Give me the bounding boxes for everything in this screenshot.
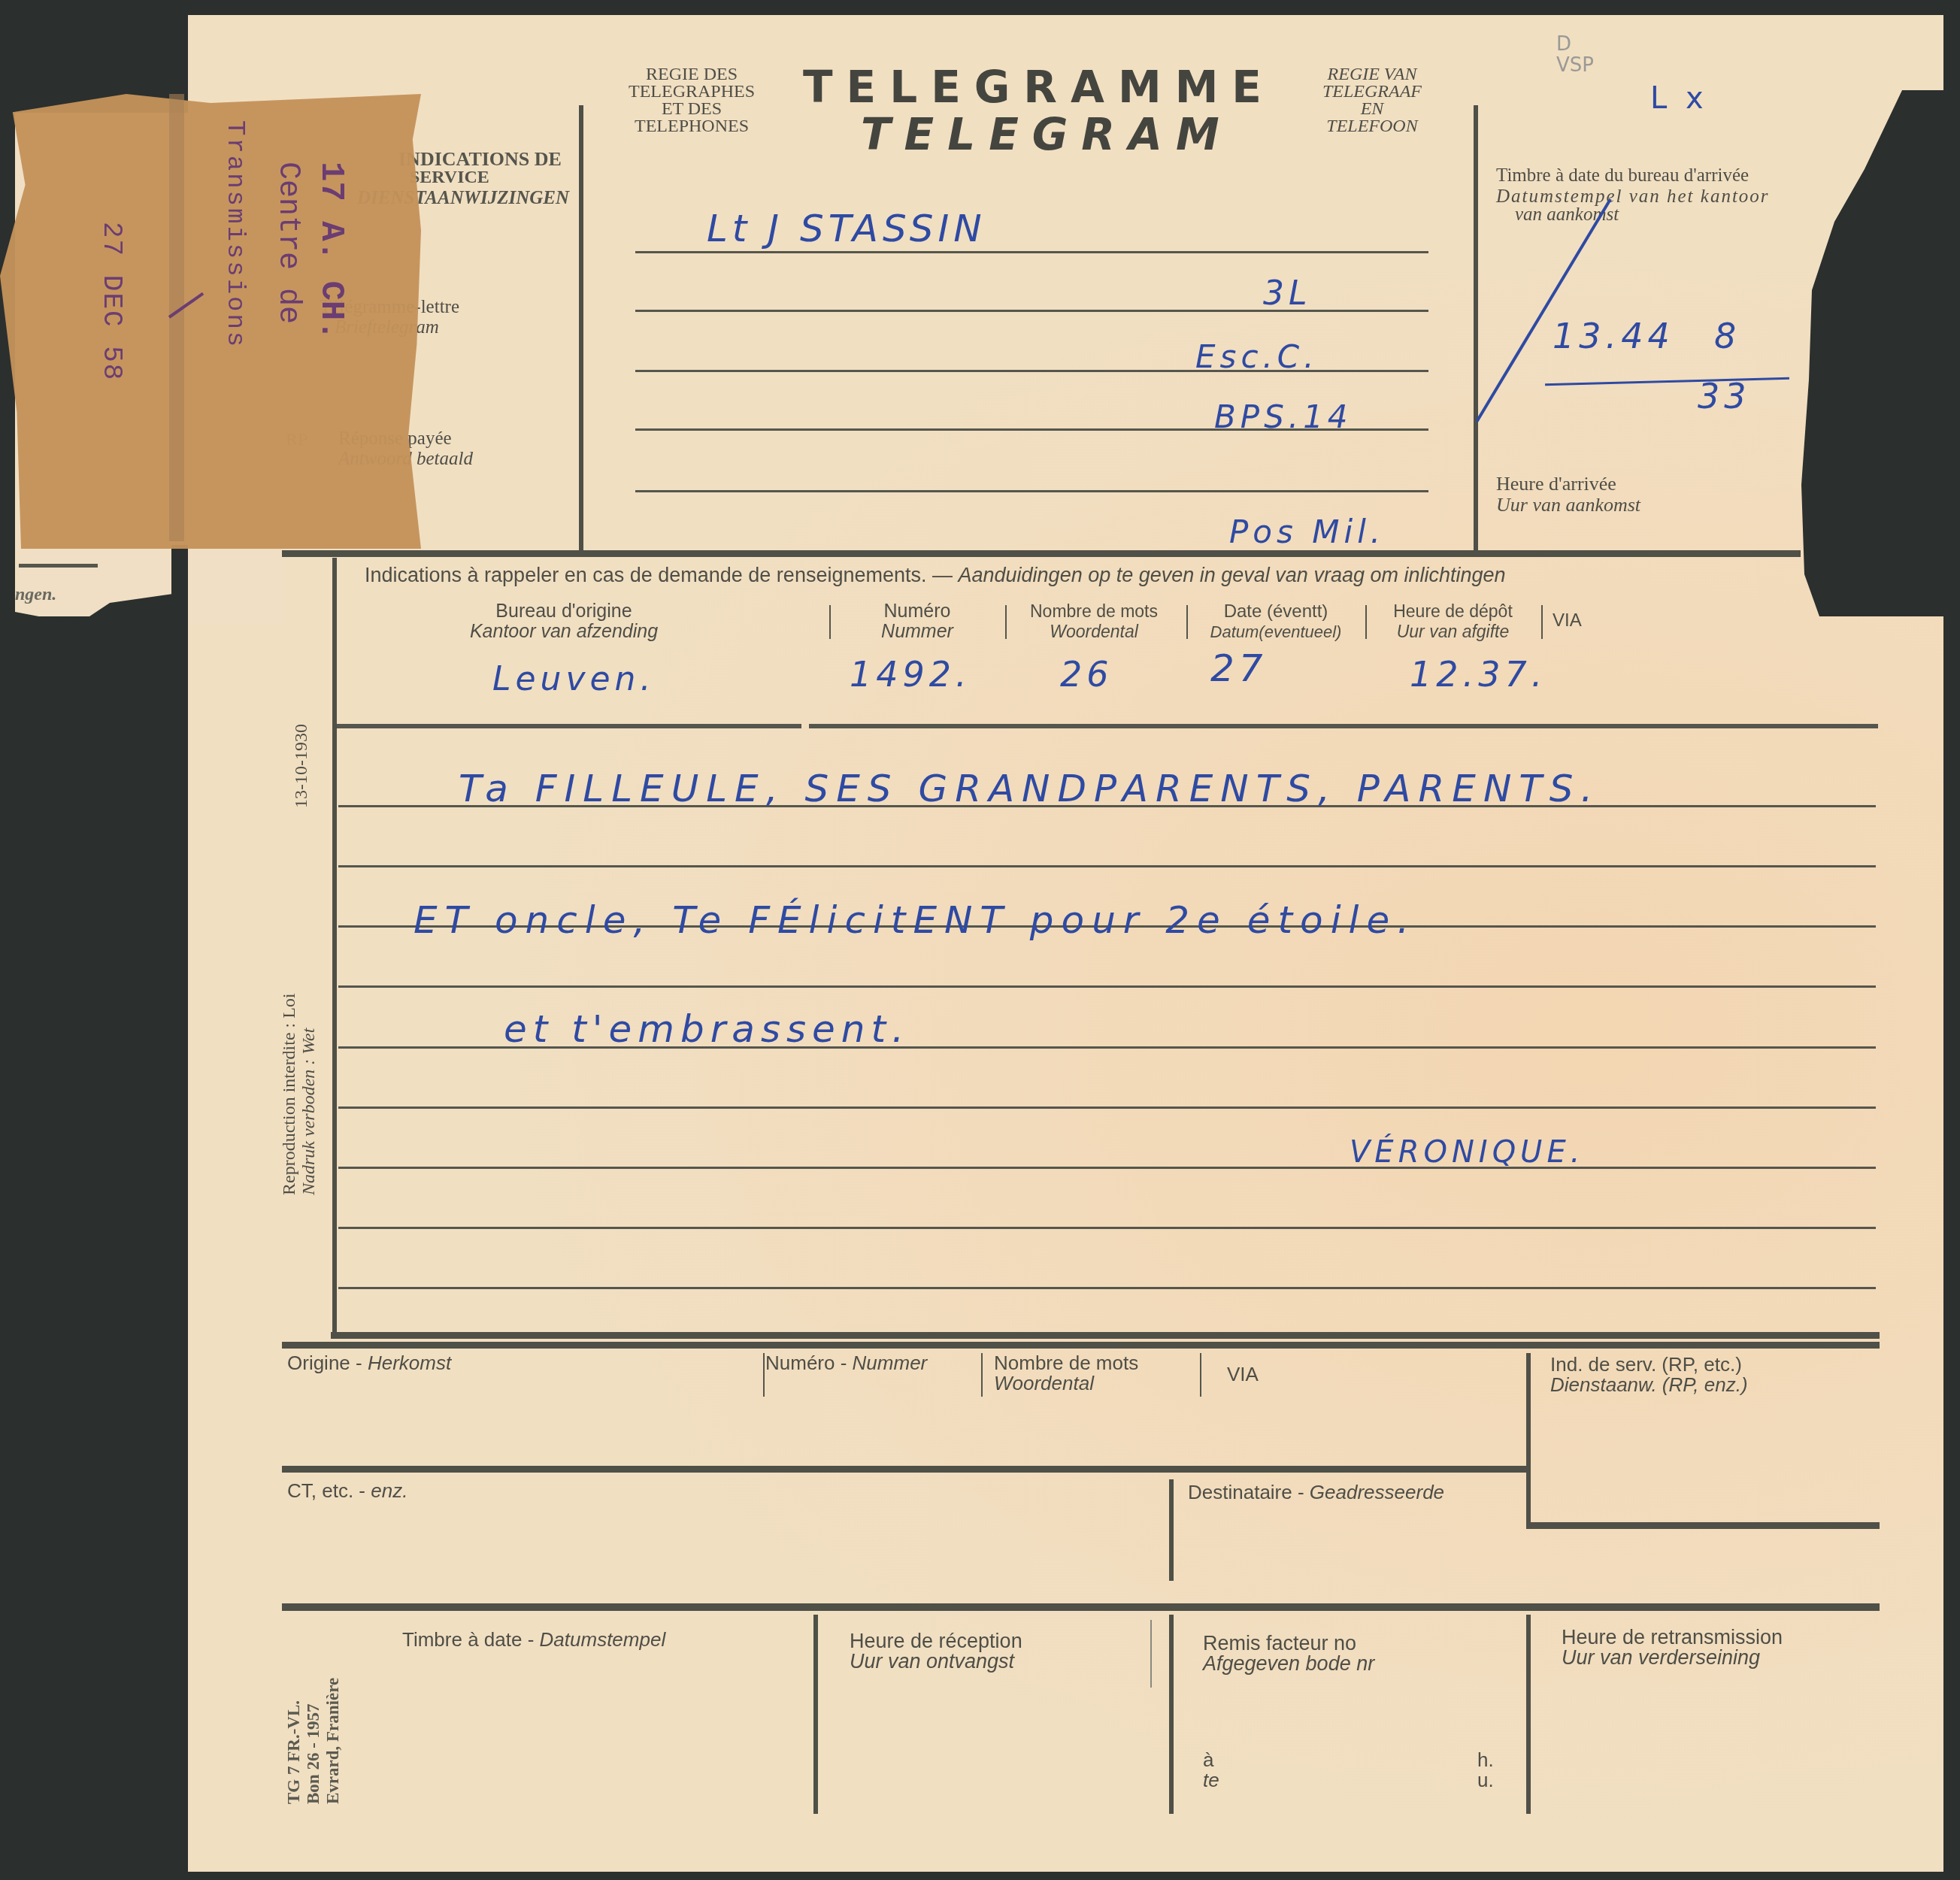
value-numero: 1492. xyxy=(850,654,971,695)
ind-nl: Dienstaanw. (RP, enz.) xyxy=(1550,1375,1748,1395)
ind-serv-bottom-rule xyxy=(1526,1522,1880,1529)
indications-banner: Indications à rappeler en cas de demande… xyxy=(365,565,1506,586)
ind-fr: Ind. de serv. (RP, etc.) xyxy=(1550,1355,1748,1375)
footer-retransmission: Heure de retransmission Uur van verderse… xyxy=(1562,1627,1783,1668)
footer-reception: Heure de réception Uur van ontvangst xyxy=(850,1631,1022,1672)
header-right-rule xyxy=(1474,105,1478,552)
heure-arrivee-nl: Uur van aankomst xyxy=(1496,495,1640,515)
col-mots-fr: Nombre de mots xyxy=(1007,601,1180,622)
message-left-rule xyxy=(332,558,337,1332)
message-line-3: et t'embrassent. xyxy=(504,1007,910,1051)
remis-nl: Afgegeven bode nr xyxy=(1203,1654,1374,1674)
message-line xyxy=(338,865,1876,867)
origine-label: Origine - Herkomst xyxy=(287,1353,451,1373)
col-numero-nl: Nummer xyxy=(835,622,1000,642)
col-divider xyxy=(1365,605,1367,639)
indications-rule xyxy=(337,724,801,728)
dest-fr: Destinataire xyxy=(1188,1481,1292,1503)
a-label: à xyxy=(1203,1750,1219,1770)
remis-fr: Remis facteur no xyxy=(1203,1633,1374,1654)
service-divider xyxy=(763,1353,765,1397)
via-label: VIA xyxy=(1227,1364,1259,1385)
regie-nl-line: EN xyxy=(1297,101,1447,118)
message-line xyxy=(338,1167,1876,1169)
arrival-right-bottom: 33 xyxy=(1698,376,1751,416)
col-via: VIA xyxy=(1553,610,1582,631)
destinataire-label: Destinataire - Geadresseerde xyxy=(1188,1482,1444,1503)
background-topleft xyxy=(0,0,188,113)
col-numero-fr: Numéro xyxy=(835,601,1000,622)
reception-fr: Heure de réception xyxy=(850,1631,1022,1651)
reception-nl: Uur van ontvangst xyxy=(850,1651,1022,1672)
col-heure: Heure de dépôt Uur van afgifte xyxy=(1368,601,1537,642)
telegram-form xyxy=(188,15,1943,1872)
service-label-fr: INDICATIONS DE xyxy=(398,149,562,169)
tear-gap xyxy=(171,545,188,620)
header-separator xyxy=(282,550,1801,557)
mots-fr: Nombre de mots xyxy=(994,1353,1138,1373)
stamp-line-unit: 17 A. CH. xyxy=(312,162,350,341)
regie-nl-line: REGIE VAN xyxy=(1297,66,1447,83)
footer-remis: Remis facteur no Afgegeven bode nr xyxy=(1203,1633,1374,1674)
service-divider xyxy=(981,1353,983,1397)
stamp-date: 27 DEC 58 xyxy=(96,222,127,381)
retrans-fr: Heure de retransmission xyxy=(1562,1627,1783,1648)
regie-nl-line: TELEGRAAF xyxy=(1297,83,1447,101)
timbre-arrivee-nl: Datumstempel van het kantoor xyxy=(1496,186,1770,207)
value-bureau-origine: Leuven. xyxy=(492,660,655,698)
stamp-line-centre: Centre de xyxy=(271,162,304,324)
value-date: 27 xyxy=(1210,646,1268,690)
footer-a: à te xyxy=(1203,1750,1219,1791)
col-bureau: Bureau d'origine Kantoor van afzending xyxy=(455,601,673,642)
regie-fr-line: REGIE DES xyxy=(601,66,782,83)
col-divider xyxy=(1541,605,1543,639)
retrans-nl: Uur van verderseining xyxy=(1562,1648,1783,1668)
mots-label: Nombre de mots Woordental xyxy=(994,1353,1138,1394)
heure-arrivee-fr: Heure d'arrivée xyxy=(1496,474,1616,494)
imprint-line: Evrard, Franière xyxy=(323,1678,343,1804)
message-signature: VÉRONIQUE. xyxy=(1350,1135,1584,1170)
banner-nl: Aanduidingen op te geven in geval van vr… xyxy=(959,564,1506,586)
col-mots-nl: Woordental xyxy=(1007,622,1180,642)
stamp-line-transmissions: Transmissions xyxy=(220,120,249,349)
col-mots: Nombre de mots Woordental xyxy=(1007,601,1180,642)
dest-nl: Geadresseerde xyxy=(1310,1481,1444,1503)
u-label: u. xyxy=(1477,1770,1494,1791)
service-divider xyxy=(1200,1353,1201,1397)
arrival-time-handwritten: 13.44 xyxy=(1553,316,1674,356)
col-bureau-nl: Kantoor van afzending xyxy=(455,622,673,642)
notice-fr: Reproduction interdite : Loi xyxy=(280,993,299,1195)
col-date-fr: Date (éventt) xyxy=(1189,601,1362,622)
printer-imprint: TG 7 FR.-VL. Bon 26 - 1957 Evrard, Frani… xyxy=(284,1678,343,1804)
imprint-line: TG 7 FR.-VL. xyxy=(284,1678,304,1804)
regie-fr-line: ET DES xyxy=(601,101,782,118)
background-bottom xyxy=(0,1872,1960,1880)
scrap-text: ngen. xyxy=(15,585,56,605)
value-heure-depot: 12.37. xyxy=(1410,654,1546,695)
te-label: te xyxy=(1203,1770,1219,1791)
service-label-fr2: SERVICE xyxy=(410,168,489,188)
address-line xyxy=(635,251,1428,253)
regie-nl-line: TELEFOON xyxy=(1297,118,1447,135)
message-line xyxy=(338,1287,1876,1289)
timbre-nl: Datumstempel xyxy=(540,1628,666,1651)
message-line xyxy=(338,1107,1876,1109)
transmission-stamp-strip xyxy=(0,94,421,549)
origine-nl: Herkomst xyxy=(368,1352,451,1374)
message-bottom-rule xyxy=(331,1332,1880,1339)
regie-fr-line: TELEPHONES xyxy=(601,118,782,135)
message-line xyxy=(338,985,1876,988)
footer-divider xyxy=(1526,1615,1531,1814)
col-divider xyxy=(1186,605,1188,639)
background-left xyxy=(0,616,188,1880)
footer-h: h. u. xyxy=(1477,1750,1494,1791)
numero-nl: Nummer xyxy=(853,1352,928,1374)
numero-label: Numéro - Nummer xyxy=(765,1353,927,1373)
ct-fr: CT, etc. xyxy=(287,1479,353,1502)
col-numero: Numéro Nummer xyxy=(835,601,1000,642)
ct-top-rule xyxy=(282,1466,1528,1473)
imprint-line: Bon 26 - 1957 xyxy=(304,1678,323,1804)
col-date: Date (éventt) Datum(eventueel) xyxy=(1189,601,1362,642)
dest-rule xyxy=(1169,1479,1174,1581)
col-bureau-fr: Bureau d'origine xyxy=(455,601,673,622)
timbre-arrivee-fr: Timbre à date du bureau d'arrivée xyxy=(1496,165,1749,186)
footer-top-rule xyxy=(282,1603,1880,1611)
pencil-note: D VSP xyxy=(1556,34,1586,76)
mots-nl: Woordental xyxy=(994,1373,1138,1394)
service-top-rule xyxy=(282,1342,1880,1349)
address-line-2: 3L xyxy=(1263,274,1312,313)
timbre-fr: Timbre à date xyxy=(402,1628,522,1651)
address-line xyxy=(635,490,1428,492)
banner-fr: Indications à rappeler en cas de demande… xyxy=(365,564,953,586)
ct-label: CT, etc. - enz. xyxy=(287,1481,407,1501)
indications-rule xyxy=(809,724,1878,728)
message-line xyxy=(338,1227,1876,1229)
footer-timbre: Timbre à date - Datumstempel xyxy=(402,1630,665,1650)
footer-dotted-divider xyxy=(1150,1620,1152,1688)
handwritten-mark: L x xyxy=(1650,81,1708,116)
reproduction-notice: Reproduction interdite : Loi Nadruk verb… xyxy=(280,993,319,1195)
notice-date: 13-10-1930 xyxy=(292,724,312,808)
regie-nl: REGIE VAN TELEGRAAF EN TELEFOON xyxy=(1297,66,1447,135)
col-divider xyxy=(1005,605,1007,639)
arrival-right-top: 8 xyxy=(1714,316,1740,356)
notice-nl: Nadruk verboden : Wet xyxy=(299,993,319,1195)
col-date-nl: Datum(eventueel) xyxy=(1189,622,1362,642)
message-line-1: Ta FILLEULE, SES GRANDPARENTS, PARENTS. xyxy=(459,767,1600,810)
address-line-3: Esc.C. xyxy=(1195,338,1319,375)
address-line-4: BPS.14 xyxy=(1214,398,1353,435)
ind-serv-rule xyxy=(1526,1353,1531,1522)
footer-divider xyxy=(1169,1615,1174,1814)
regie-fr-line: TELEGRAPHES xyxy=(601,83,782,101)
scrap-rule xyxy=(19,564,98,568)
ct-nl: enz. xyxy=(371,1479,407,1502)
strip-fold xyxy=(169,94,184,541)
h-label: h. xyxy=(1477,1750,1494,1770)
col-heure-fr: Heure de dépôt xyxy=(1368,601,1537,622)
address-recipient: Lt J STASSIN xyxy=(707,207,986,250)
address-line-6: Pos Mil. xyxy=(1229,513,1385,550)
footer-divider xyxy=(813,1615,818,1814)
regie-fr: REGIE DES TELEGRAPHES ET DES TELEPHONES xyxy=(601,66,782,135)
title-telegram: TELEGRAM xyxy=(861,109,1233,160)
value-nombre-mots: 26 xyxy=(1060,654,1113,695)
col-divider xyxy=(829,605,831,639)
message-line-2: ET oncle, Te FÉlicitENT pour 2e étoile. xyxy=(414,898,1416,942)
title-telegramme: TELEGRAMME xyxy=(803,62,1275,113)
col-heure-nl: Uur van afgifte xyxy=(1368,622,1537,642)
header-left-rule xyxy=(579,105,583,552)
ind-serv-label: Ind. de serv. (RP, etc.) Dienstaanw. (RP… xyxy=(1550,1355,1748,1395)
origine-fr: Origine xyxy=(287,1352,350,1374)
numero-fr: Numéro xyxy=(765,1352,835,1374)
